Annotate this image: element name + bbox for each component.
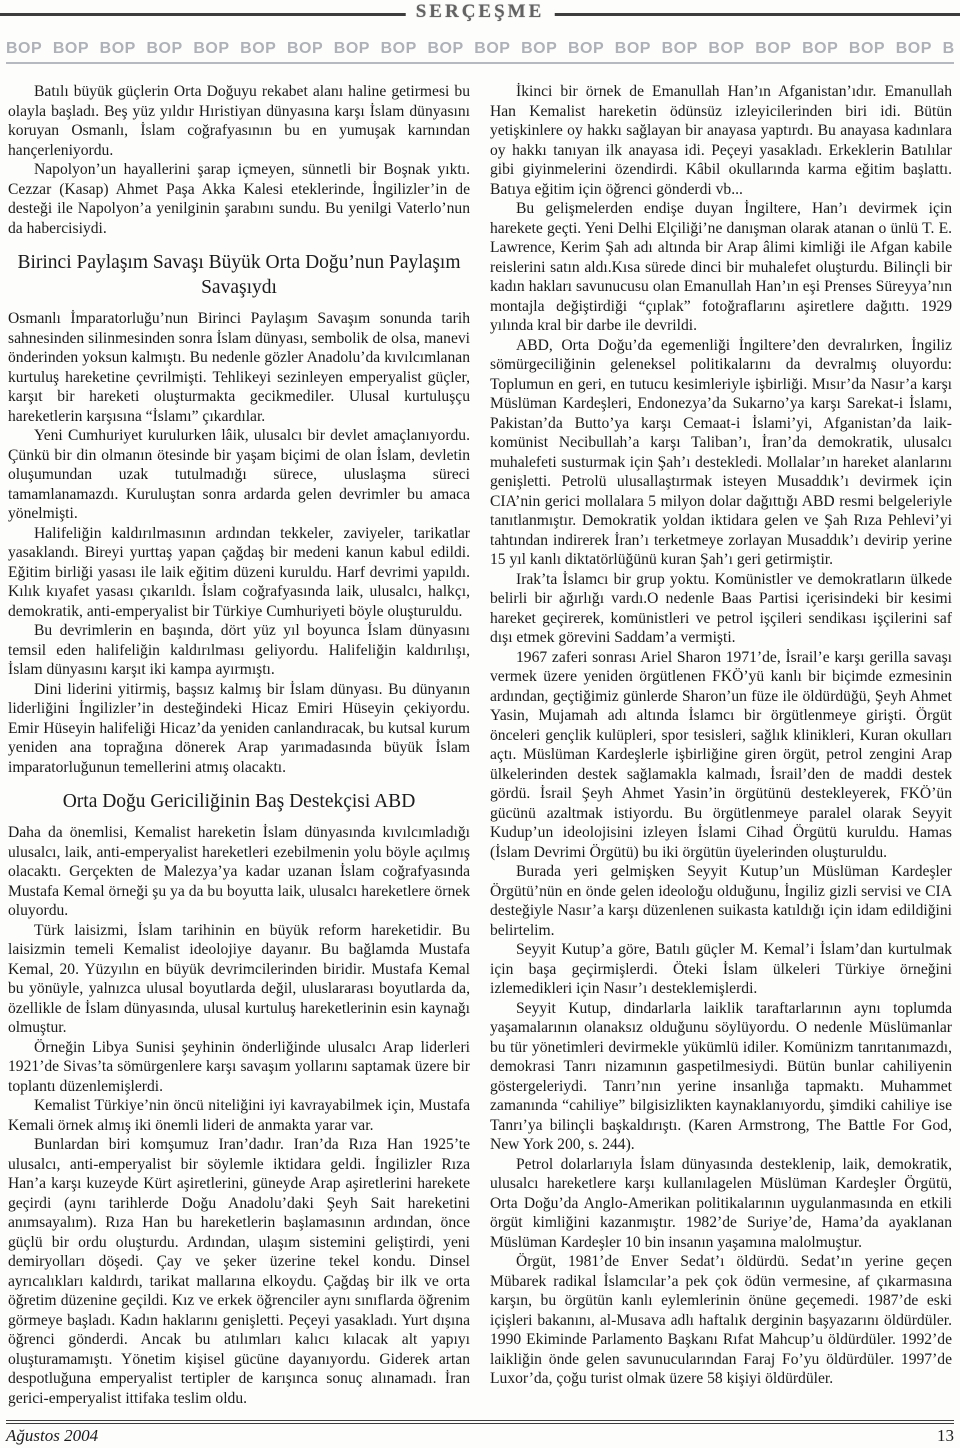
paragraph: Petrol dolarlarıyla İslam dünyasında des… <box>490 1155 952 1253</box>
page-footer: Ağustos 2004 13 <box>6 1420 954 1446</box>
paragraph: Türk laisizmi, İslam tarihinin en büyük … <box>8 921 470 1038</box>
right-column: İkinci bir örnek de Emanullah Han’ın Afg… <box>490 82 952 1418</box>
paragraph: Batılı büyük güçlerin Orta Doğuyu rekabe… <box>8 82 470 160</box>
paragraph: Irak’ta İslamcı bir grup yoktu. Komünist… <box>490 570 952 648</box>
section-heading: Birinci Paylaşım Savaşı Büyük Orta Doğu’… <box>8 250 470 300</box>
paragraph: Halifeliğin kaldırılmasının ardından tek… <box>8 524 470 622</box>
page-number: 13 <box>937 1426 954 1446</box>
section-heading: Orta Doğu Gericiliğinin Baş Destekçisi A… <box>8 789 470 814</box>
paragraph: Kemalist Türkiye’nin öncü niteliğini iyi… <box>8 1096 470 1135</box>
paragraph: Örneğin Libya Sunisi şeyhinin önderliğin… <box>8 1038 470 1097</box>
paragraph: Bu devrimlerin en başında, dört yüz yıl … <box>8 621 470 680</box>
bop-strip: BOP BOP BOP BOP BOP BOP BOP BOP BOP BOP … <box>6 40 954 64</box>
paragraph: Bunlardan biri komşumuz Iran’dadır. Iran… <box>8 1135 470 1408</box>
magazine-page: SERÇEŞME BOP BOP BOP BOP BOP BOP BOP BOP… <box>0 0 960 1448</box>
masthead: SERÇEŞME <box>0 0 960 30</box>
paragraph: İkinci bir örnek de Emanullah Han’ın Afg… <box>490 82 952 199</box>
paragraph: Örgüt, 1981’de Enver Sedat’ı öldürdü. Se… <box>490 1252 952 1389</box>
left-column: Batılı büyük güçlerin Orta Doğuyu rekabe… <box>8 82 470 1418</box>
paragraph: Bu gelişmelerden endişe duyan İngiltere,… <box>490 199 952 336</box>
paragraph: Burada yeri gelmişken Seyyit Kutup’un Mü… <box>490 862 952 940</box>
paragraph: Napolyon’un hayallerini şarap içmeyen, s… <box>8 160 470 238</box>
masthead-title: SERÇEŞME <box>406 1 555 23</box>
paragraph: Seyyit Kutup’a göre, Batılı güçler M. Ke… <box>490 940 952 999</box>
paragraph: Dini liderini yitirmiş, başsız kalmış bi… <box>8 680 470 778</box>
paragraph: ABD, Orta Doğu’da egemenliği İngiltere’d… <box>490 336 952 570</box>
article-body: Batılı büyük güçlerin Orta Doğuyu rekabe… <box>8 82 952 1418</box>
paragraph: Osmanlı İmparatorluğu’nun Birinci Paylaş… <box>8 309 470 426</box>
paragraph: 1967 zaferi sonrası Ariel Sharon 1971’de… <box>490 648 952 863</box>
paragraph: Seyyit Kutup, dindarlarla laiklik taraft… <box>490 999 952 1155</box>
paragraph: Daha da önemlisi, Kemalist hareketin İsl… <box>8 823 470 921</box>
paragraph: Yeni Cumhuriyet kurulurken lâik, ulusalc… <box>8 426 470 524</box>
footer-date: Ağustos 2004 <box>6 1426 98 1446</box>
